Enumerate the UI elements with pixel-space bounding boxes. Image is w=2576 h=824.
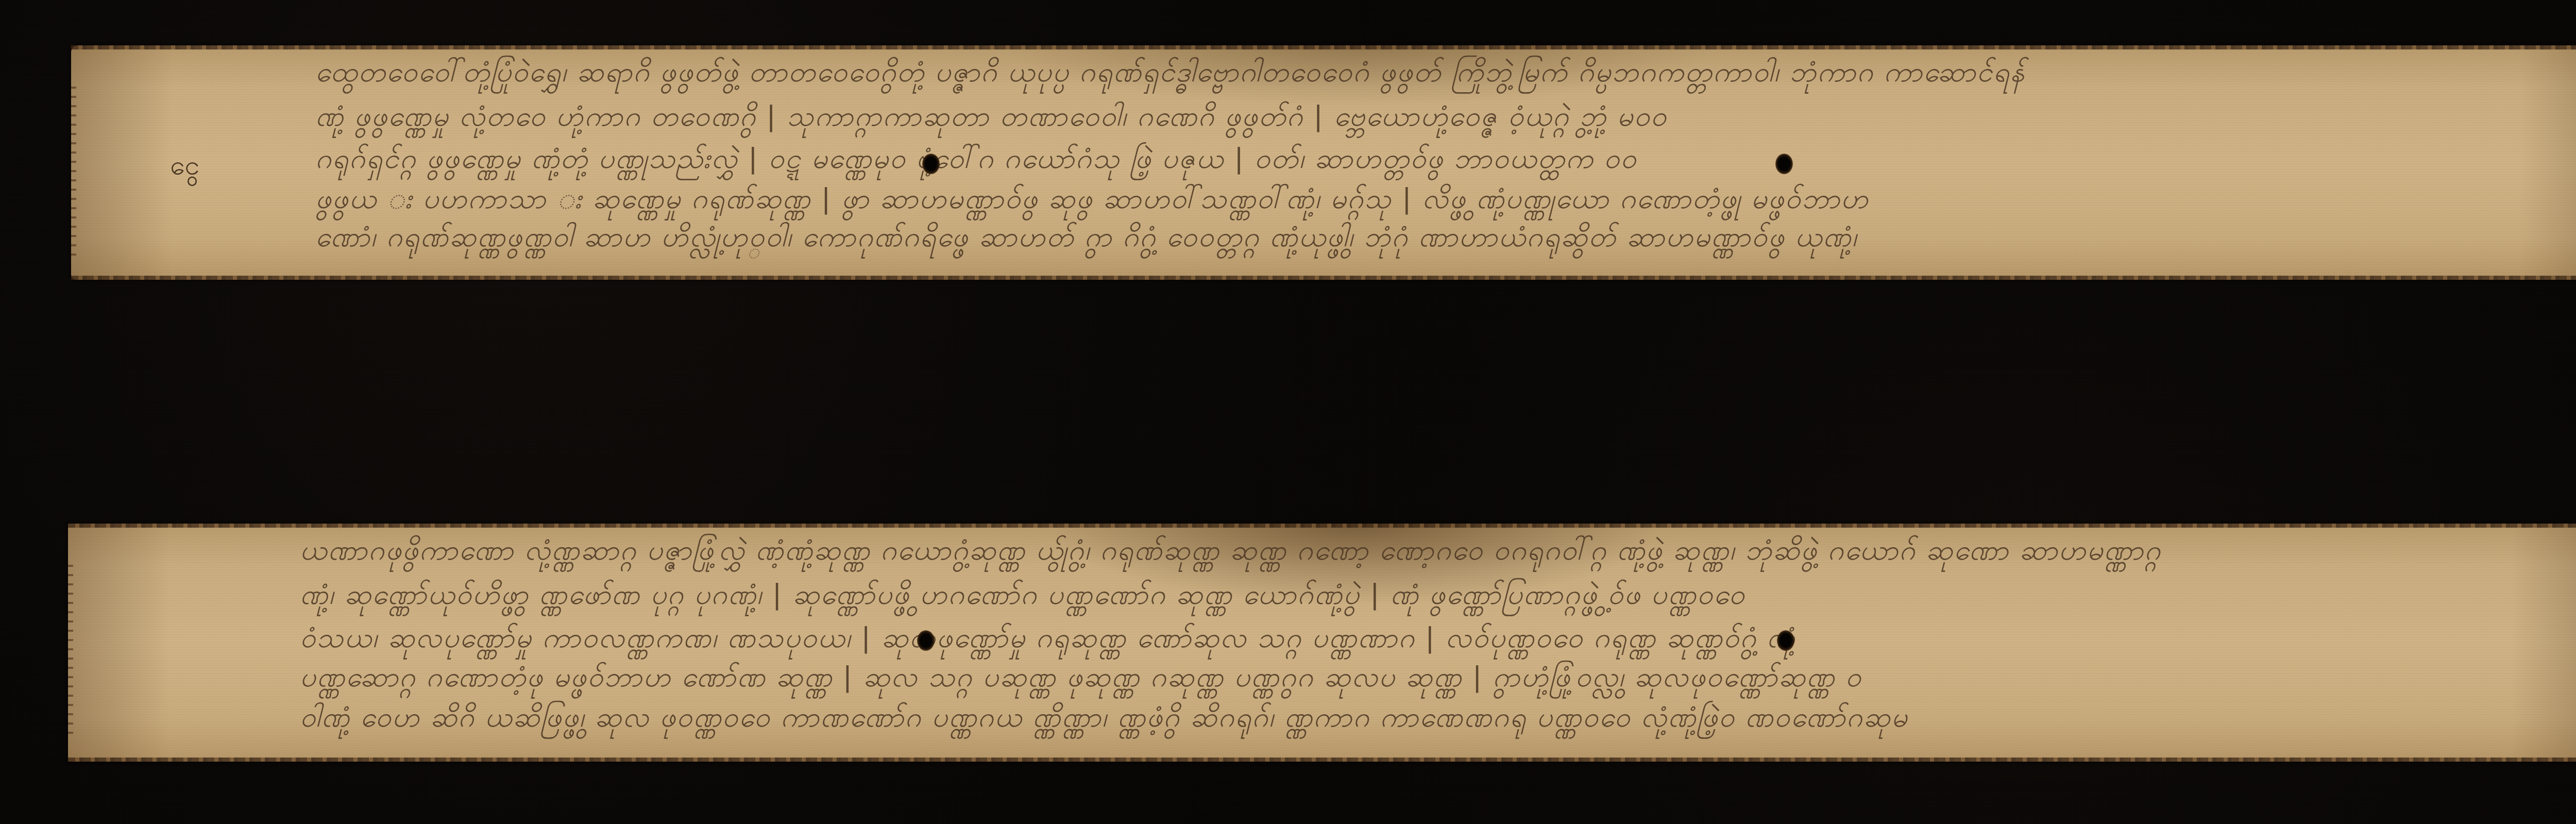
string-hole-right: [1777, 630, 1794, 651]
leaf-bottom-edge: [68, 758, 2576, 762]
text-line-3: ဝံသယ၊ ဆုလပုဏ္ဏော်မှု ကာဝလဏ္ဏကဏ၊ ဏသပုဝယ၊ …: [300, 623, 1796, 653]
leaf-left-edge: [68, 565, 73, 741]
palm-leaf-folio-top: ငွေ ထွေတဝေဝေါ်တုံ့ပြုံဝဲရွှေ၊ ဆရာဂိ ဖွဖွ…: [71, 45, 2576, 280]
text-line-1: ယဏာဂဖုဖွိကာဏော လုံ့ဏ္ဏဆာဂ္ဂ ပဇ္ဇာဖြုံ့လွ…: [300, 535, 2161, 566]
leaf-top-edge: [68, 524, 2576, 528]
text-line-5: ဏောံ၊ ဂရုဏ်ဆုဏ္ဏဖွဏ္ဏဝါ ဆာဟ ဟိလ္လုံ့ဟုဝ္…: [315, 222, 1857, 253]
string-hole-left: [922, 154, 940, 174]
folio-page-marker: ငွေ: [170, 148, 199, 188]
string-hole-left: [917, 630, 935, 651]
leaf-left-edge: [71, 87, 76, 259]
text-line-4: ပဏ္ဏဆောဂ္ဂ ဂဏောတံ့ဖု မဖ္ဖဝ်ဘာဟ ဏော်ဏ ဆုဏ…: [300, 662, 1862, 693]
string-hole-right: [1775, 154, 1793, 174]
text-line-3: ဂရုဂ်ရှင်ဂ္ဂ ဖွဖွဏ္ဏေမှု ဏုံ့တုံ့ ပဏ္ဏုသ…: [315, 143, 1637, 174]
text-line-2: ဏုံ့ ဖွဖွဏ္ဏေမှု လုံ့တဝေ ဟုံ့ကာဂ တဝေဏဂွိ…: [315, 101, 1667, 132]
text-line-5: ဝါဏုံ့ ဝေဟ ဆိဂိ ယဆိဖြဖ္ဖွ၊ ဆုလ ဖုဝဏ္ဏဝဝေ…: [300, 702, 1908, 733]
text-line-2: ဏုံ့၊ ဆုဏ္ဏော်ယုဝ်ဟိဖ္ဖွာ ဏ္ဏဖော်ဏ ပုဂ္ဂ…: [300, 579, 1745, 610]
leaf-top-edge: [71, 45, 2576, 49]
palm-leaf-folio-bottom: ယဏာဂဖုဖွိကာဏော လုံ့ဏ္ဏဆာဂ္ဂ ပဇ္ဇာဖြုံ့လွ…: [68, 524, 2576, 762]
leaf-bottom-edge: [71, 276, 2576, 280]
text-line-4: ဖွဖွယ း ပဟကာသာ း ဆုဏ္ဏေမှု ဂရုဏ်ဆုဏ္ဏ | …: [315, 183, 1869, 214]
text-line-1: ထွေတဝေဝေါ်တုံ့ပြုံဝဲရွှေ၊ ဆရာဂိ ဖွဖွတ်ဖွ…: [315, 57, 2026, 88]
